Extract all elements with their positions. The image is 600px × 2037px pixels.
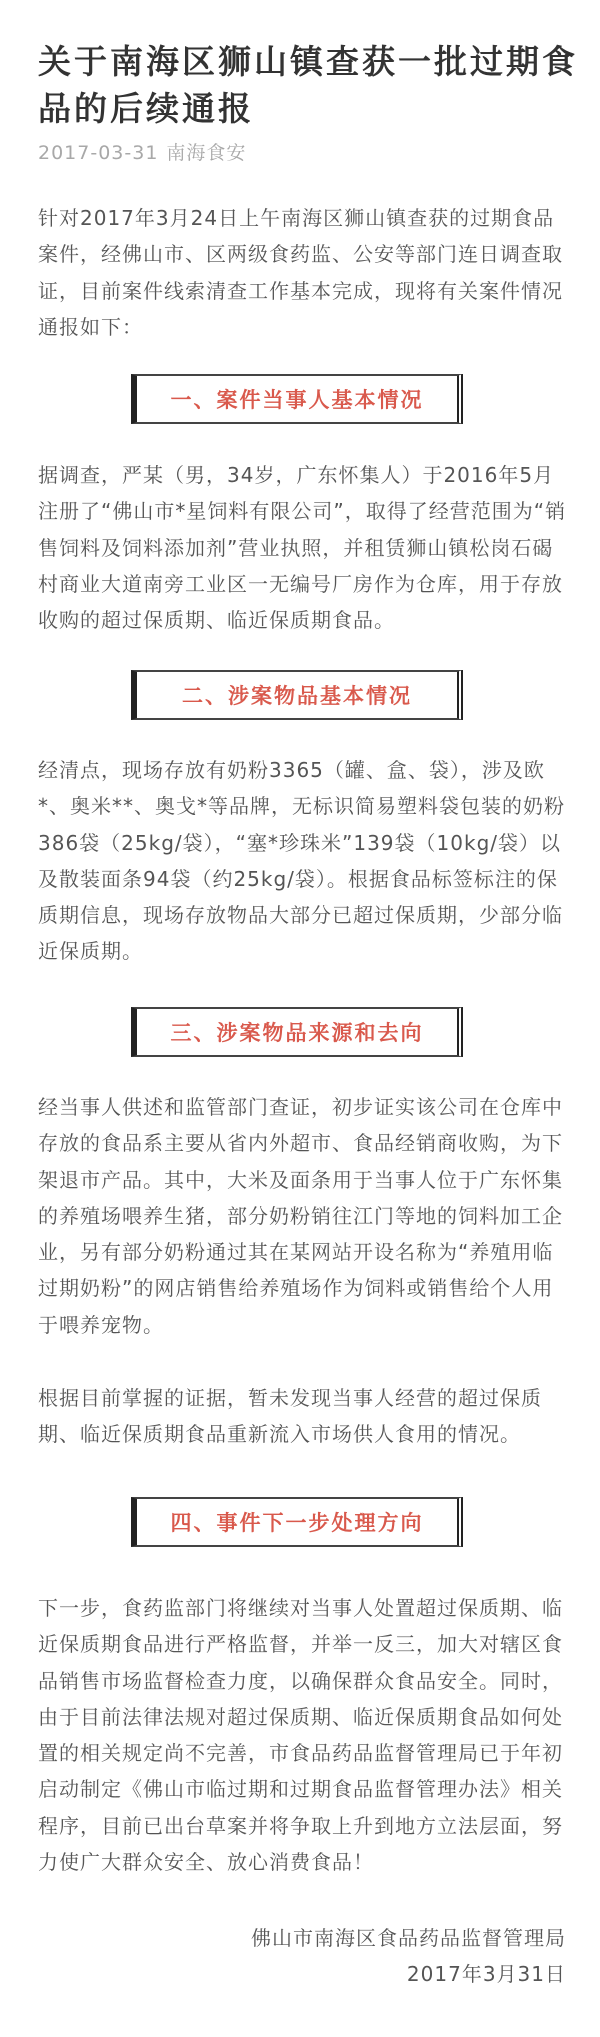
section-heading-label: 一、案件当事人基本情况 [171,384,424,414]
section-1-paragraph: 据调查，严某（男，34岁，广东怀集人）于2016年5月注册了“佛山市*星饲料有限… [38,457,568,638]
source-account[interactable]: 南海食安 [166,142,246,164]
section-heading-4: 四、事件下一步处理方向 [131,1497,463,1547]
article-meta: 2017-03-31南海食安 [38,138,254,165]
section-4-paragraph: 下一步，食药监部门将继续对当事人处置超过保质期、临近保质期食品进行严格监督，并举… [38,1590,568,1880]
section-heading-label: 二、涉案物品基本情况 [182,680,412,710]
section-heading-3: 三、涉案物品来源和去向 [131,1007,463,1057]
intro-paragraph: 针对2017年3月24日上午南海区狮山镇查获的过期食品案件，经佛山市、区两级食药… [38,200,568,345]
section-3-paragraph-2: 根据目前掌握的证据，暂未发现当事人经营的超过保质期、临近保质期食品重新流入市场供… [38,1380,568,1453]
section-heading-2: 二、涉案物品基本情况 [131,670,463,720]
publish-date: 2017-03-31 [38,142,158,164]
section-3-paragraph-1: 经当事人供述和监管部门查证，初步证实该公司在仓库中存放的食品系主要从省内外超市、… [38,1089,568,1343]
section-2-paragraph: 经清点，现场存放有奶粉3365（罐、盒、袋），涉及欧*、奥米**、奥戈*等品牌，… [38,752,568,970]
article-title: 关于南海区狮山镇查获一批过期食品的后续通报 [38,38,578,132]
section-heading-label: 三、涉案物品来源和去向 [171,1017,424,1047]
signature-org: 佛山市南海区食品药品监督管理局 [251,1922,566,1951]
section-heading-1: 一、案件当事人基本情况 [131,374,463,424]
section-heading-label: 四、事件下一步处理方向 [171,1507,424,1537]
signature-date: 2017年3月31日 [407,1958,566,1987]
